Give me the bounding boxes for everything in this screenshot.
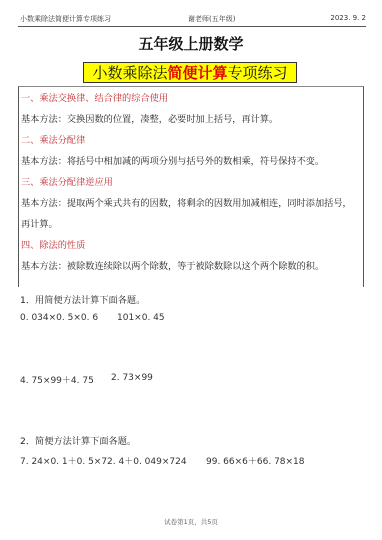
- method-text-3-cont: 再计算。: [21, 216, 58, 230]
- topic-banner: 小数乘除法简便计算专项练习: [83, 62, 297, 83]
- method-heading-1: 一、乘法交换律、结合律的综合使用: [21, 90, 168, 104]
- banner-part2: 简便计算: [167, 64, 227, 82]
- method-text-3: 基本方法：提取两个乘式共有的因数，将剩余的因数用加减相连，同时添加括号，: [21, 195, 352, 209]
- page-title: 五年级上册数学: [0, 33, 382, 54]
- header-teacher: 谢老师(五年级): [188, 14, 235, 24]
- header-date: 2023. 9. 2: [330, 14, 366, 22]
- question-2-title: 2．简便方法计算下面各题。: [20, 433, 136, 447]
- method-text-1: 基本方法：交换因数的位置，凑整，必要时加上括号，再计算。: [21, 111, 278, 125]
- page-header: 小数乘除法简便计算专项练习 谢老师(五年级) 2023. 9. 2: [18, 14, 366, 27]
- question-1-item-4: 2. 73×99: [111, 373, 153, 383]
- question-2-item-1: 7. 24×0. 1＋0. 5×72. 4＋0. 049×724: [20, 454, 187, 467]
- method-text-4: 基本方法：被除数连续除以两个除数，等于被除数除以这个两个除数的积。: [21, 258, 324, 272]
- question-1-item-1: 0. 034×0. 5×0. 6: [20, 313, 98, 323]
- method-text-2: 基本方法：将括号中相加减的两项分别与括号外的数相乘，符号保持不变。: [21, 153, 324, 167]
- method-heading-2: 二、乘法分配律: [21, 132, 85, 146]
- question-2-item-2: 99. 66×6＋66. 78×18: [206, 454, 305, 467]
- page-footer: 试卷第1页，共5页: [0, 517, 382, 526]
- method-heading-3: 三、乘法分配律逆应用: [21, 174, 113, 188]
- methods-box: 一、乘法交换律、结合律的综合使用 基本方法：交换因数的位置，凑整，必要时加上括号…: [18, 86, 364, 287]
- question-1-item-3: 4. 75×99＋4. 75: [20, 373, 94, 386]
- question-1-item-2: 101×0. 45: [117, 313, 165, 323]
- method-heading-4: 四、除法的性质: [21, 237, 85, 251]
- question-1-title: 1．用简便方法计算下面各题。: [20, 292, 145, 306]
- banner-part1: 小数乘除法: [92, 64, 167, 82]
- header-doc-title: 小数乘除法简便计算专项练习: [20, 14, 111, 24]
- banner-part3: 专项练习: [228, 64, 288, 82]
